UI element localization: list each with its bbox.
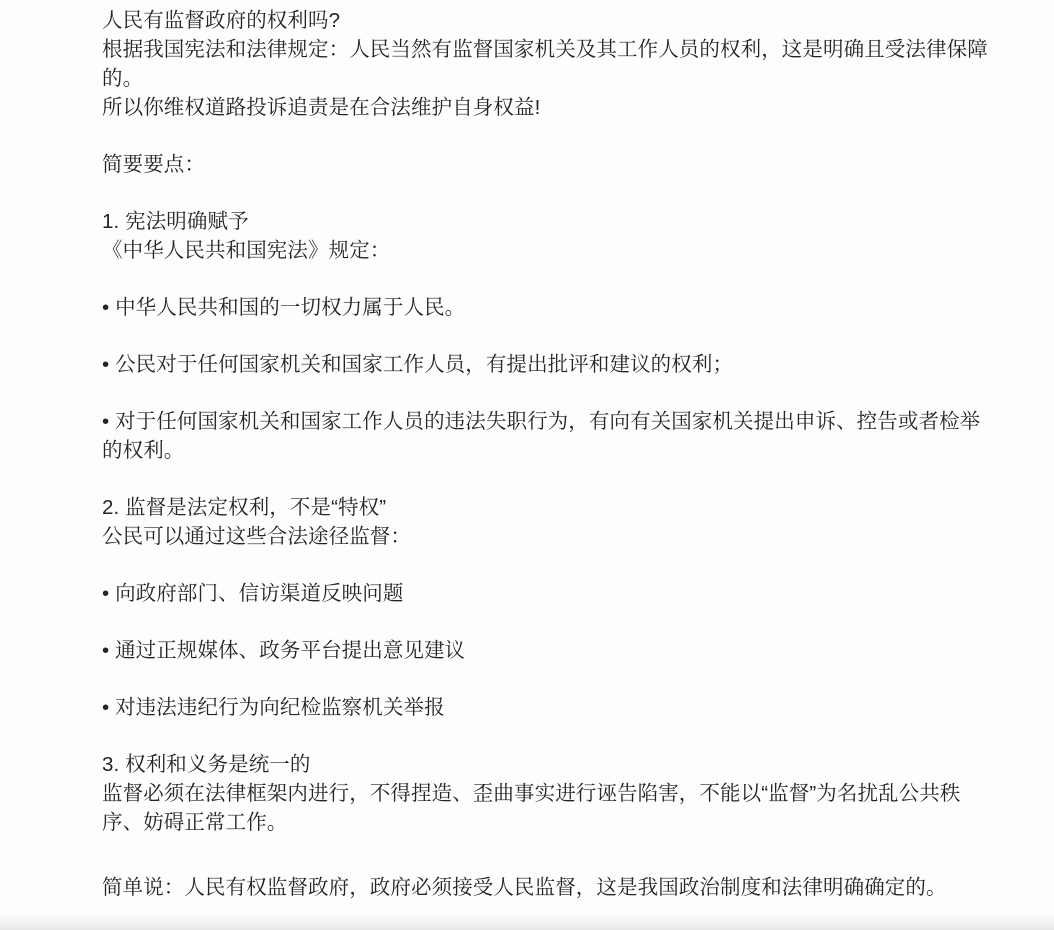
text-line: 2. 监督是法定权利，不是“特权” <box>102 493 1012 522</box>
bullet-item: • 通过正规媒体、政务平台提出意见建议 <box>102 636 1012 665</box>
text-line: 3. 权利和义务是统一的 <box>102 750 1012 779</box>
text-line: 1. 宪法明确赋予 <box>102 207 1012 236</box>
text-line: • 通过正规媒体、政务平台提出意见建议 <box>102 636 1012 665</box>
document-content: 人民有监督政府的权利吗? 根据我国宪法和法律规定：人民当然有监督国家机关及其工作… <box>102 6 1012 902</box>
text-line: 公民可以通过这些合法途径监督： <box>102 522 1012 551</box>
text-line: 所以你维权道路投诉追责是在合法维护自身权益! <box>102 93 1012 122</box>
text-line: 《中华人民共和国宪法》规定： <box>102 236 1012 265</box>
text-line: 简单说：人民有权监督政府，政府必须接受人民监督，这是我国政治制度和法律明确确定的… <box>102 873 1012 902</box>
text-line: 监督必须在法律框架内进行，不得捏造、歪曲事实进行诬告陷害，不能以“监督”为名扰乱… <box>102 779 1012 808</box>
bullet-item: • 对于任何国家机关和国家工作人员的违法失职行为，有向有关国家机关提出申诉、控告… <box>102 407 1012 465</box>
bullet-item: • 对违法违纪行为向纪检监察机关举报 <box>102 693 1012 722</box>
text-line: 根据我国宪法和法律规定：人民当然有监督国家机关及其工作人员的权利，这是明确且受法… <box>102 35 1012 64</box>
text-line: 的权利。 <box>102 436 1012 465</box>
bullet-item: • 公民对于任何国家机关和国家工作人员，有提出批评和建议的权利； <box>102 350 1012 379</box>
text-line: • 对于任何国家机关和国家工作人员的违法失职行为，有向有关国家机关提出申诉、控告… <box>102 407 1012 436</box>
document-page: 人民有监督政府的权利吗? 根据我国宪法和法律规定：人民当然有监督国家机关及其工作… <box>0 0 1054 930</box>
text-line: 的。 <box>102 64 1012 93</box>
text-line: 简要要点： <box>102 150 1012 179</box>
bullet-item: • 向政府部门、信访渠道反映问题 <box>102 579 1012 608</box>
text-line: • 中华人民共和国的一切权力属于人民。 <box>102 293 1012 322</box>
text-line: 人民有监督政府的权利吗? <box>102 6 1012 35</box>
text-line: • 公民对于任何国家机关和国家工作人员，有提出批评和建议的权利； <box>102 350 1012 379</box>
section-1-heading: 1. 宪法明确赋予 《中华人民共和国宪法》规定： <box>102 207 1012 265</box>
conclusion-paragraph: 简单说：人民有权监督政府，政府必须接受人民监督，这是我国政治制度和法律明确确定的… <box>102 873 1012 902</box>
intro-paragraph: 人民有监督政府的权利吗? 根据我国宪法和法律规定：人民当然有监督国家机关及其工作… <box>102 6 1012 122</box>
summary-heading: 简要要点： <box>102 150 1012 179</box>
text-line: 序、妨碍正常工作。 <box>102 808 1012 837</box>
section-3-paragraph: 3. 权利和义务是统一的 监督必须在法律框架内进行，不得捏造、歪曲事实进行诬告陷… <box>102 750 1012 837</box>
bottom-fade-shadow <box>0 914 1054 930</box>
bullet-item: • 中华人民共和国的一切权力属于人民。 <box>102 293 1012 322</box>
section-2-heading: 2. 监督是法定权利，不是“特权” 公民可以通过这些合法途径监督： <box>102 493 1012 551</box>
text-line: • 对违法违纪行为向纪检监察机关举报 <box>102 693 1012 722</box>
text-line: • 向政府部门、信访渠道反映问题 <box>102 579 1012 608</box>
